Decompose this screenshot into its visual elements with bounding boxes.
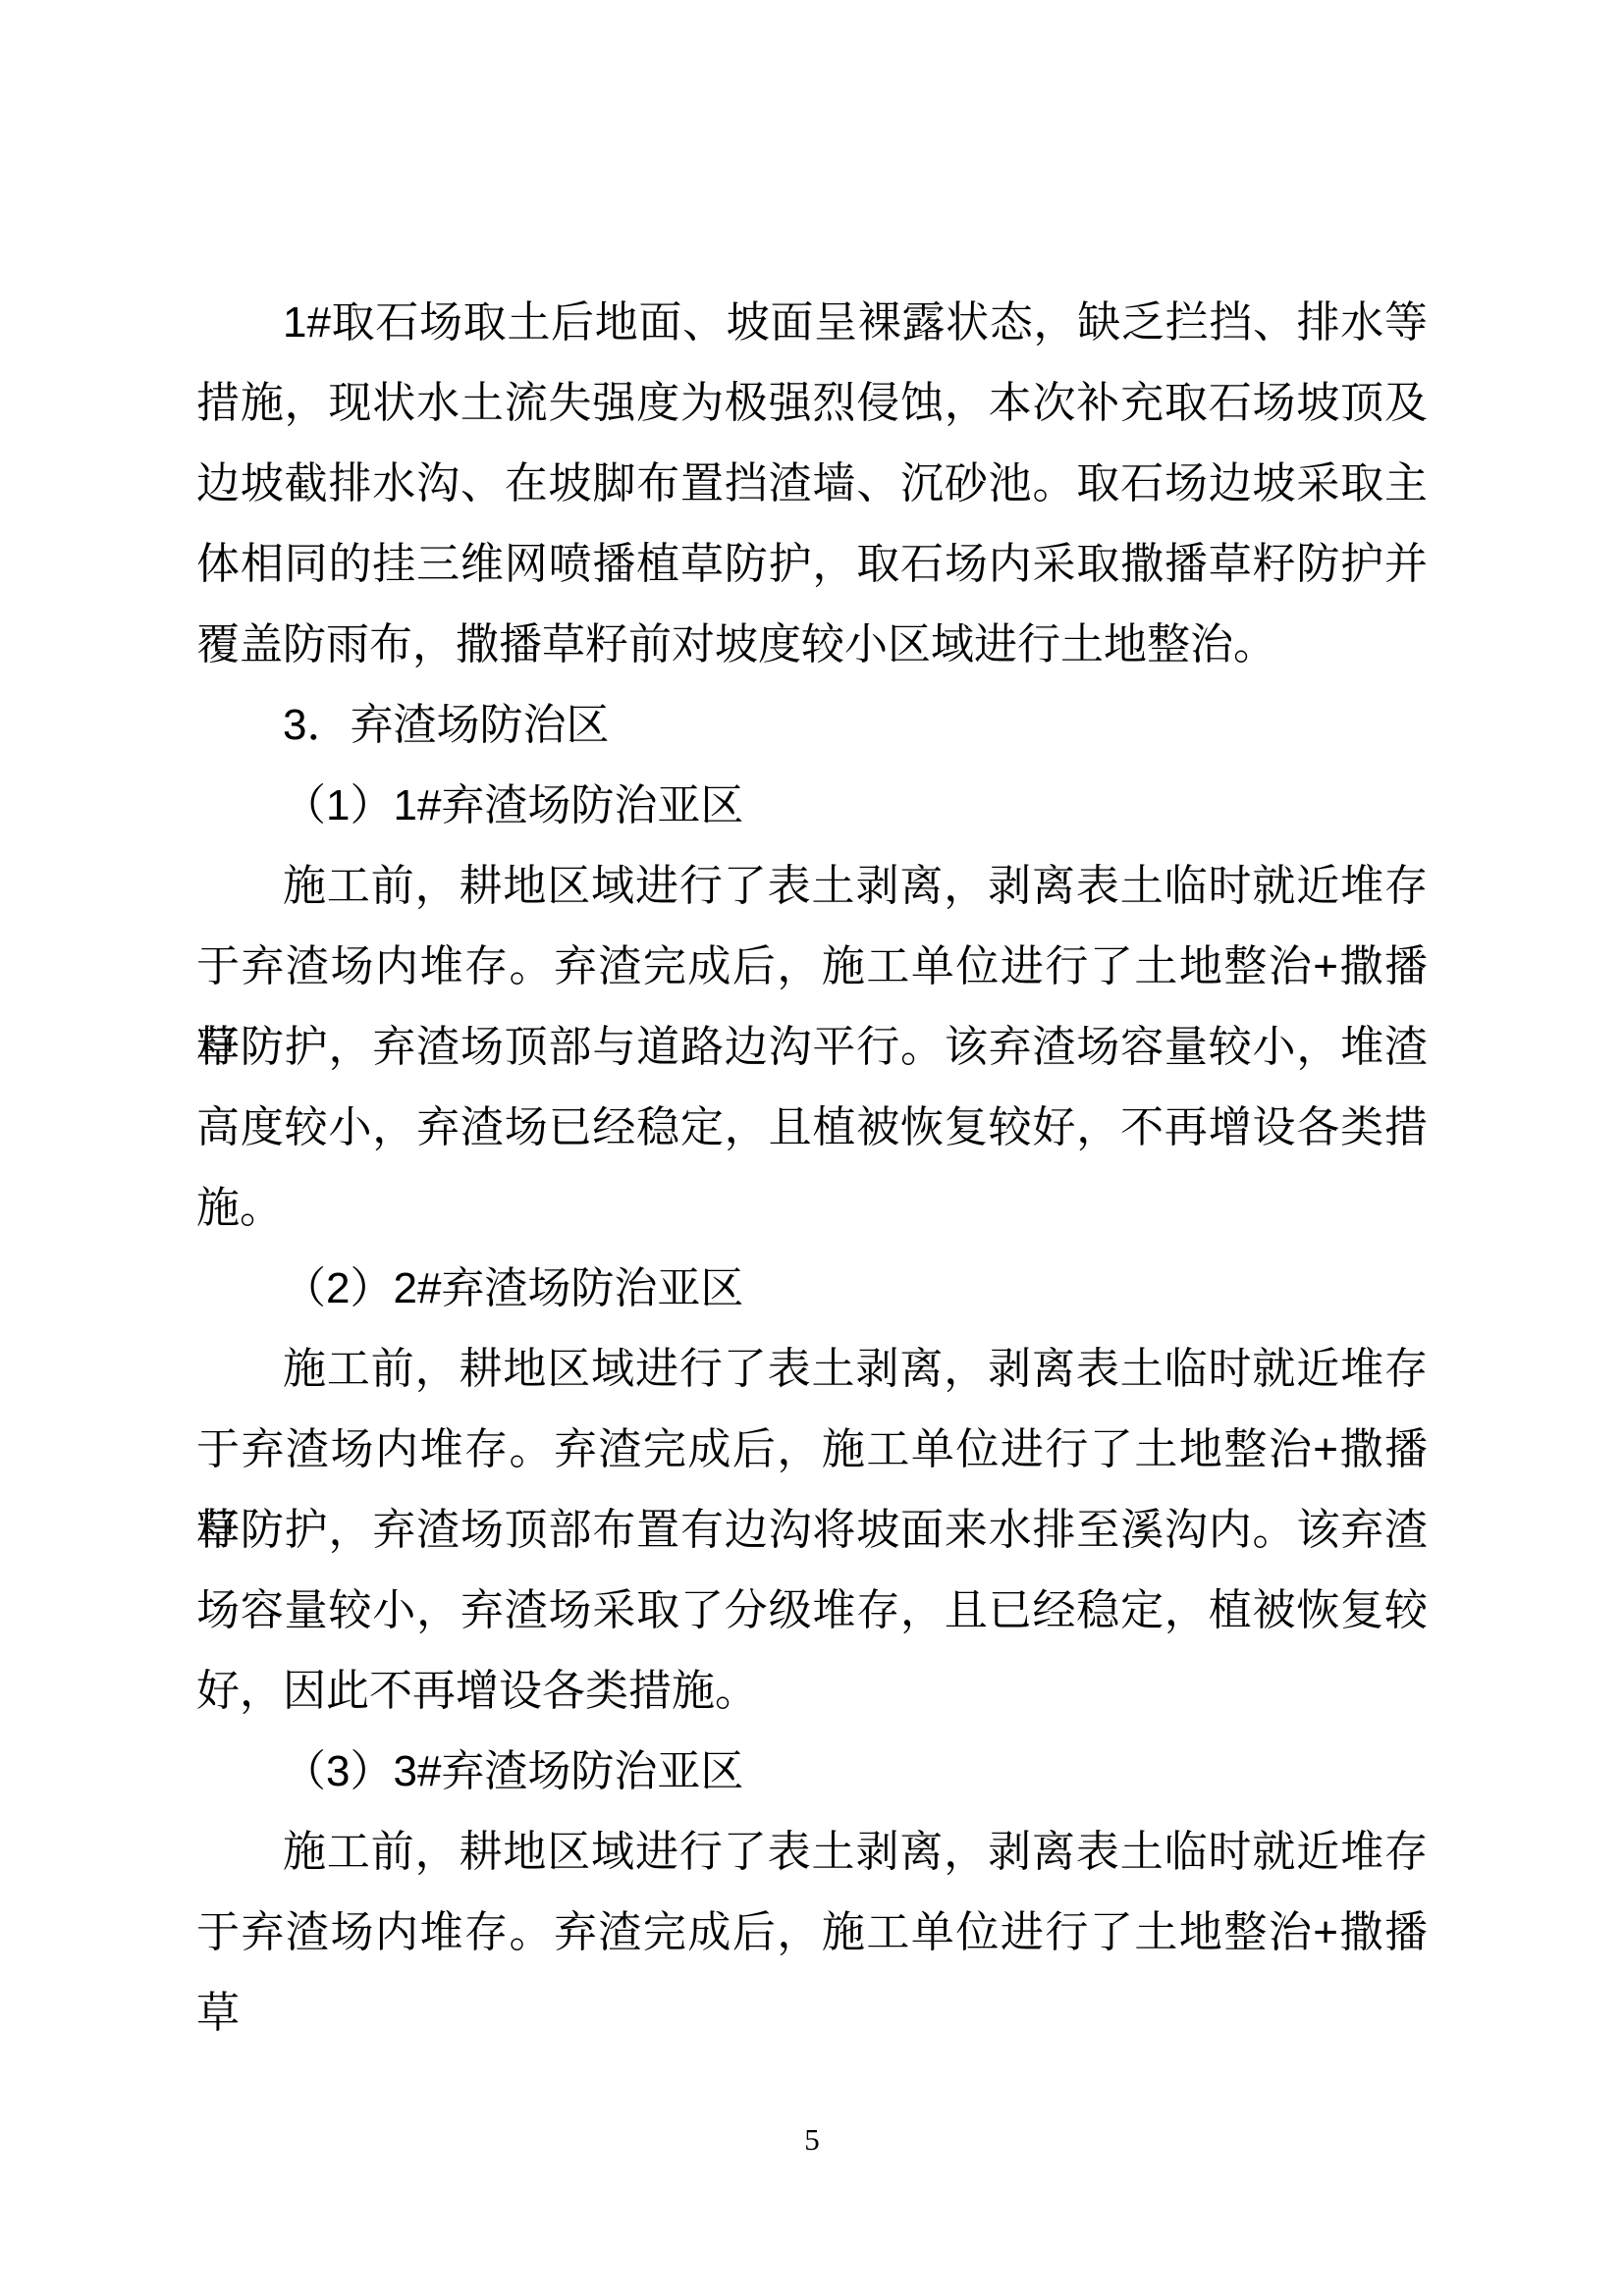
text-line: 体相同的挂三维网喷播植草防护，取石场内采取撒播草籽防护并 xyxy=(196,524,1428,605)
heading-block: （2）2#弃渣场防治亚区 xyxy=(196,1249,1428,1329)
heading-line: （1）1#弃渣场防治亚区 xyxy=(196,766,1428,846)
paragraph-block: 施工前，耕地区域进行了表土剥离，剥离表土临时就近堆存于弃渣场内堆存。弃渣完成后，… xyxy=(196,1329,1428,1732)
paragraph-block: 施工前，耕地区域进行了表土剥离，剥离表土临时就近堆存于弃渣场内堆存。弃渣完成后，… xyxy=(196,1812,1428,1973)
heading-block: （3）3#弃渣场防治亚区 xyxy=(196,1732,1428,1812)
text-line: 1#取石场取土后地面、坡面呈裸露状态，缺乏拦挡、排水等 xyxy=(196,283,1428,363)
text-line: 籽防护，弃渣场顶部与道路边沟平行。该弃渣场容量较小，堆渣 xyxy=(196,1007,1428,1088)
text-line: 好，因此不再增设各类措施。 xyxy=(196,1651,1428,1732)
heading-line: 3．弃渣场防治区 xyxy=(196,685,1428,766)
text-line: 覆盖防雨布，撒播草籽前对坡度较小区域进行土地整治。 xyxy=(196,605,1428,685)
text-line: 施工前，耕地区域进行了表土剥离，剥离表土临时就近堆存 xyxy=(196,1812,1428,1893)
text-line: 措施，现状水土流失强度为极强烈侵蚀，本次补充取石场坡顶及 xyxy=(196,363,1428,444)
document-body: 1#取石场取土后地面、坡面呈裸露状态，缺乏拦挡、排水等措施，现状水土流失强度为极… xyxy=(196,283,1428,1973)
page-number: 5 xyxy=(804,2122,820,2157)
text-line: 籽防护，弃渣场顶部布置有边沟将坡面来水排至溪沟内。该弃渣 xyxy=(196,1490,1428,1571)
document-page: 1#取石场取土后地面、坡面呈裸露状态，缺乏拦挡、排水等措施，现状水土流失强度为极… xyxy=(0,0,1624,2296)
text-line: 高度较小，弃渣场已经稳定，且植被恢复较好，不再增设各类措 xyxy=(196,1088,1428,1168)
text-line: 于弃渣场内堆存。弃渣完成后，施工单位进行了土地整治+撒播草 xyxy=(196,1893,1428,1973)
text-line: 施工前，耕地区域进行了表土剥离，剥离表土临时就近堆存 xyxy=(196,1329,1428,1410)
heading-block: 3．弃渣场防治区 xyxy=(196,685,1428,766)
heading-line: （2）2#弃渣场防治亚区 xyxy=(196,1249,1428,1329)
text-line: 于弃渣场内堆存。弃渣完成后，施工单位进行了土地整治+撒播草 xyxy=(196,927,1428,1007)
paragraph-block: 1#取石场取土后地面、坡面呈裸露状态，缺乏拦挡、排水等措施，现状水土流失强度为极… xyxy=(196,283,1428,685)
text-line: 施工前，耕地区域进行了表土剥离，剥离表土临时就近堆存 xyxy=(196,846,1428,927)
page-footer: 5 xyxy=(0,2120,1624,2160)
text-line: 施。 xyxy=(196,1168,1428,1249)
text-line: 边坡截排水沟、在坡脚布置挡渣墙、沉砂池。取石场边坡采取主 xyxy=(196,444,1428,524)
text-line: 于弃渣场内堆存。弃渣完成后，施工单位进行了土地整治+撒播草 xyxy=(196,1410,1428,1490)
paragraph-block: 施工前，耕地区域进行了表土剥离，剥离表土临时就近堆存于弃渣场内堆存。弃渣完成后，… xyxy=(196,846,1428,1249)
heading-line: （3）3#弃渣场防治亚区 xyxy=(196,1732,1428,1812)
text-line: 场容量较小，弃渣场采取了分级堆存，且已经稳定，植被恢复较 xyxy=(196,1571,1428,1651)
heading-block: （1）1#弃渣场防治亚区 xyxy=(196,766,1428,846)
